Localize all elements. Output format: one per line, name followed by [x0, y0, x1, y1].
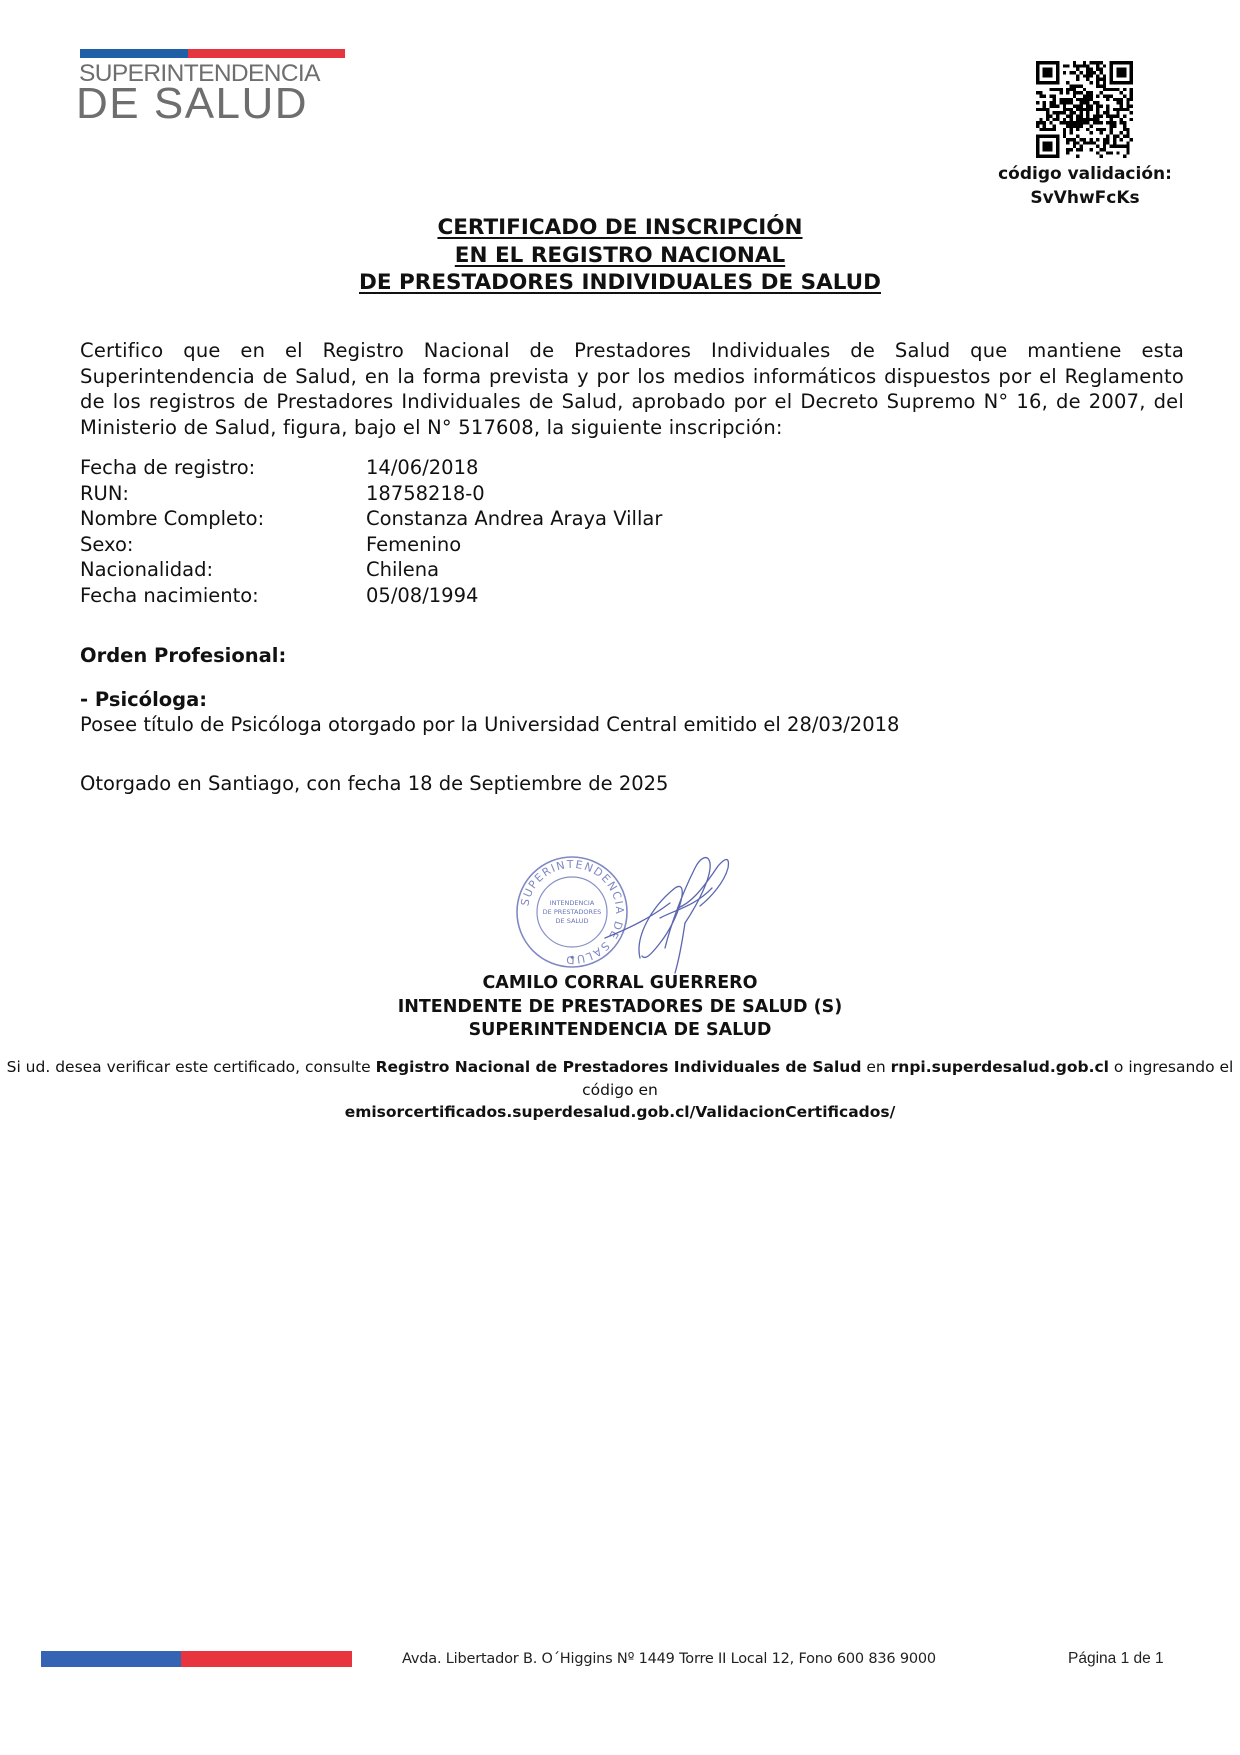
- verify-registry-name: Registro Nacional de Prestadores Individ…: [376, 1058, 862, 1076]
- field-row-sexo: Sexo: Femenino: [80, 532, 662, 558]
- svg-text:✦: ✦: [569, 954, 575, 962]
- verify-text-1: Si ud. desea verificar este certificado,…: [7, 1058, 376, 1076]
- page-number: Página 1 de 1: [1068, 1650, 1164, 1668]
- signature-icon: [600, 848, 740, 978]
- certificate-title: CERTIFICADO DE INSCRIPCIÓN EN EL REGISTR…: [0, 214, 1240, 297]
- field-row-run: RUN: 18758218-0: [80, 481, 662, 507]
- svg-text:DE SALUD: DE SALUD: [556, 917, 589, 925]
- verify-link-validacion[interactable]: emisorcertificados.superdesalud.gob.cl/V…: [345, 1103, 896, 1121]
- field-label: RUN:: [80, 481, 366, 507]
- field-value: Constanza Andrea Araya Villar: [366, 506, 662, 532]
- signer-position: INTENDENTE DE PRESTADORES DE SALUD (S): [0, 996, 1240, 1020]
- title-line-2: EN EL REGISTRO NACIONAL: [455, 242, 785, 270]
- profession-description: Posee título de Psicóloga otorgado por l…: [80, 712, 899, 737]
- signer-institution: SUPERINTENDENCIA DE SALUD: [0, 1019, 1240, 1043]
- field-value: 18758218-0: [366, 481, 485, 507]
- logo-bar-blue: [80, 49, 188, 58]
- svg-text:INTENDENCIA: INTENDENCIA: [550, 899, 595, 907]
- field-value: Femenino: [366, 532, 461, 558]
- footer-bar-blue: [41, 1651, 181, 1667]
- validation-code: SvVhwFcKs: [980, 186, 1190, 210]
- field-label: Nombre Completo:: [80, 506, 366, 532]
- issued-statement: Otorgado en Santiago, con fecha 18 de Se…: [80, 771, 668, 796]
- footer-color-bar: [41, 1651, 352, 1667]
- logo-color-bar: [80, 49, 345, 58]
- verification-note: Si ud. desea verificar este certificado,…: [0, 1056, 1240, 1124]
- registration-fields: Fecha de registro: 14/06/2018 RUN: 18758…: [80, 455, 662, 608]
- qr-code-icon: [1036, 61, 1133, 158]
- footer-bar-red: [181, 1651, 352, 1667]
- field-row-registro: Fecha de registro: 14/06/2018: [80, 455, 662, 481]
- field-value: Chilena: [366, 557, 439, 583]
- signer-name: CAMILO CORRAL GUERRERO: [0, 972, 1240, 996]
- field-label: Fecha de registro:: [80, 455, 366, 481]
- svg-text:DE PRESTADORES: DE PRESTADORES: [543, 908, 602, 916]
- title-line-1: CERTIFICADO DE INSCRIPCIÓN: [437, 214, 802, 242]
- certification-paragraph: Certifico que en el Registro Nacional de…: [80, 338, 1184, 440]
- field-row-nacionalidad: Nacionalidad: Chilena: [80, 557, 662, 583]
- field-label: Nacionalidad:: [80, 557, 366, 583]
- profession-title: - Psicóloga:: [80, 687, 207, 712]
- field-row-nacimiento: Fecha nacimiento: 05/08/1994: [80, 583, 662, 609]
- field-value: 05/08/1994: [366, 583, 478, 609]
- logo-text-de-salud: DE SALUD: [76, 82, 308, 126]
- validation-code-block: código validación: SvVhwFcKs: [980, 162, 1190, 210]
- validation-label: código validación:: [980, 162, 1190, 186]
- field-value: 14/06/2018: [366, 455, 478, 481]
- field-label: Fecha nacimiento:: [80, 583, 366, 609]
- signer-block: CAMILO CORRAL GUERRERO INTENDENTE DE PRE…: [0, 972, 1240, 1043]
- field-label: Sexo:: [80, 532, 366, 558]
- verify-link-rnpi[interactable]: rnpi.superdesalud.gob.cl: [891, 1058, 1109, 1076]
- logo-bar-red: [188, 49, 345, 58]
- footer-address: Avda. Libertador B. O´Higgins Nº 1449 To…: [402, 1650, 936, 1668]
- orden-profesional-heading: Orden Profesional:: [80, 643, 286, 668]
- field-row-nombre: Nombre Completo: Constanza Andrea Araya …: [80, 506, 662, 532]
- title-line-3: DE PRESTADORES INDIVIDUALES DE SALUD: [359, 269, 881, 297]
- verify-text-2: en: [861, 1058, 890, 1076]
